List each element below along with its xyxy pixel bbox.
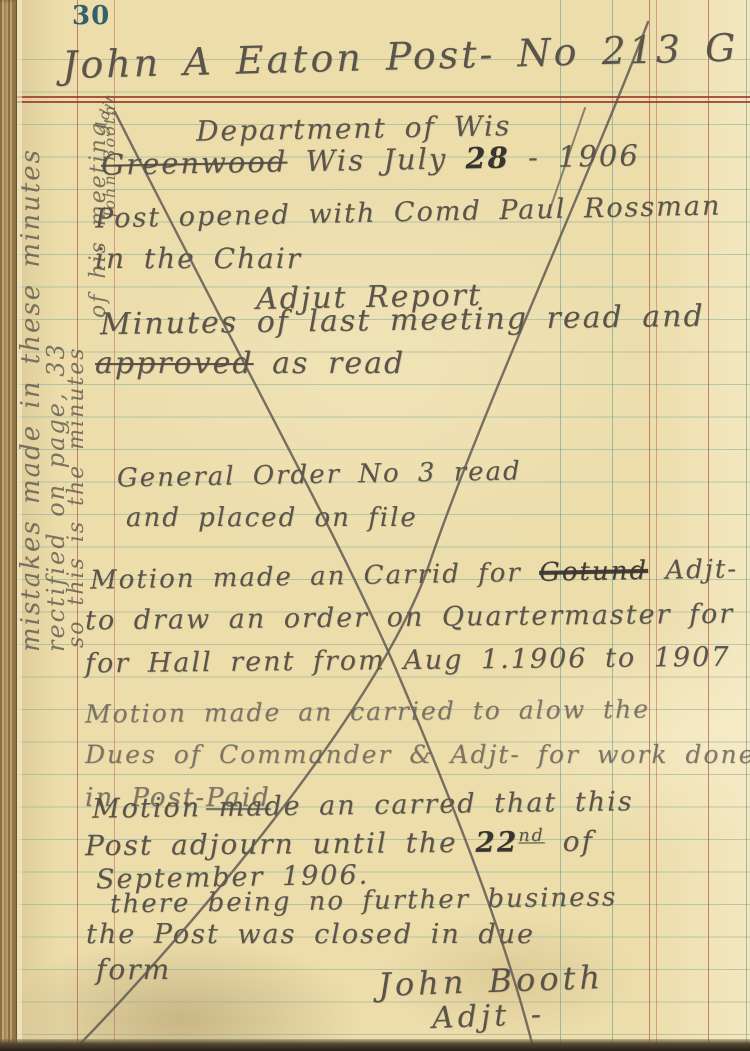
page-bottom-shadow	[0, 1039, 750, 1051]
crossout-x-marks	[0, 0, 750, 1051]
crossout-stroke-left-to-right	[115, 112, 534, 1051]
ledger-page: 30 John A Eaton Post- No 213 G A R Depar…	[0, 0, 750, 1051]
date-slash-stroke	[549, 108, 585, 212]
